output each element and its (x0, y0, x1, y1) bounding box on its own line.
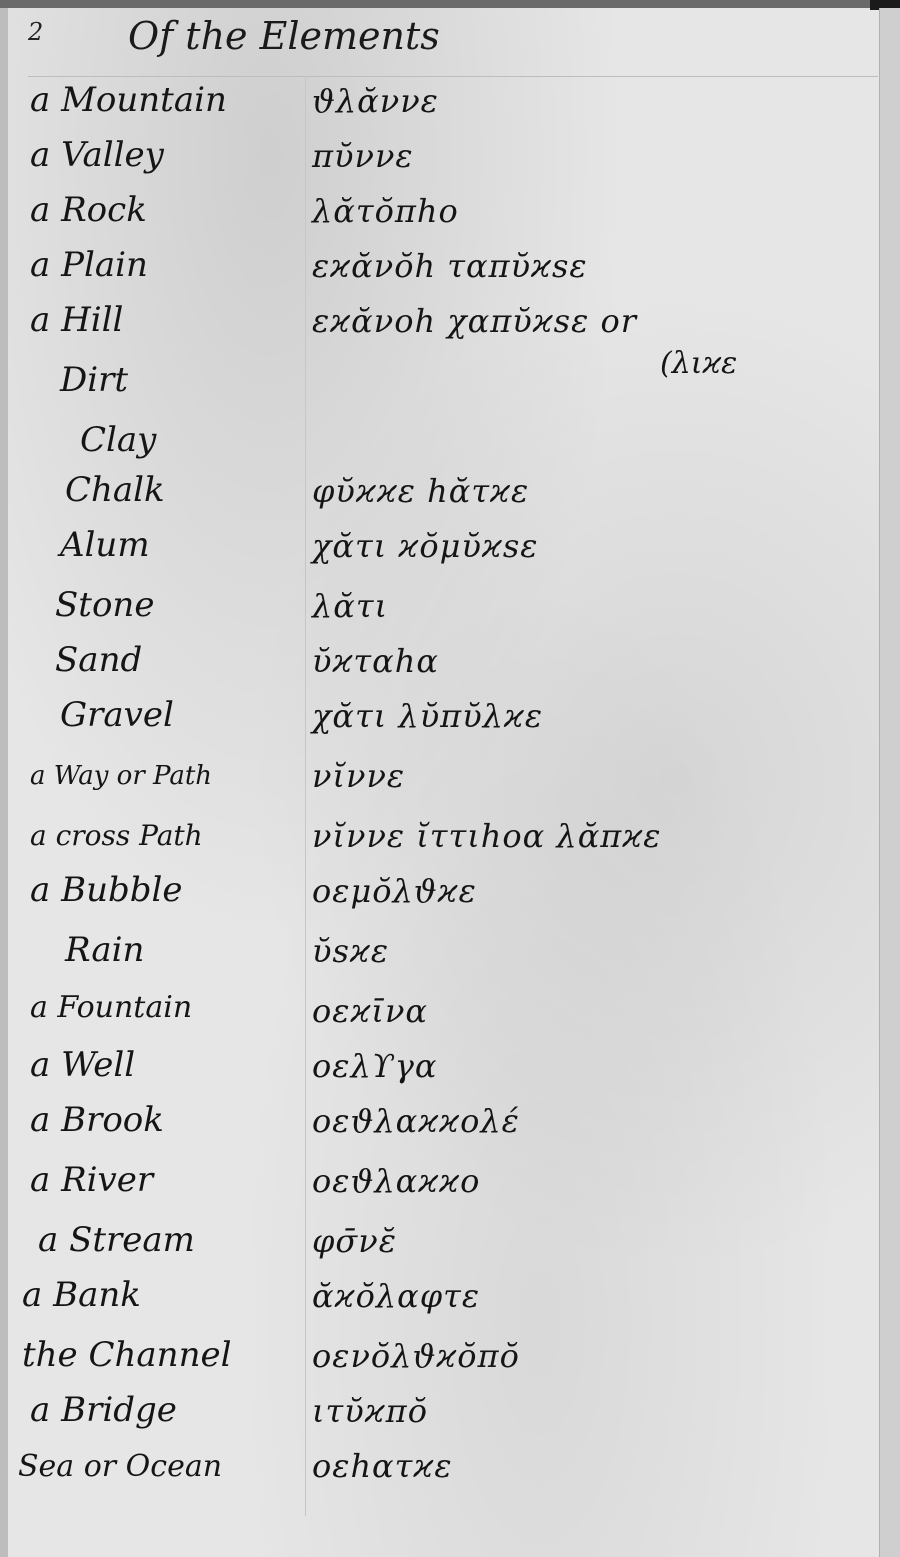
native-term: φῠϰϰε hᾰτϰε (312, 472, 529, 510)
english-term: a Plain (30, 245, 305, 285)
english-term: a River (30, 1160, 305, 1200)
english-term: Stone (55, 585, 330, 625)
list-item: a Hill εϰᾰνoh χαπῠϰsε or (λιϰε (0, 300, 880, 356)
native-term: πῠννε (312, 137, 414, 175)
list-item: a cross Path νῐννε ῐττιhoα λᾰπϰε (0, 815, 880, 871)
english-term: Sea or Ocean (18, 1449, 293, 1484)
heading-rule (28, 76, 878, 77)
english-term: a Way or Path (30, 761, 305, 791)
page-heading: Of the Elements (128, 14, 440, 58)
list-item: Sea or Ocean οεhατϰε (0, 1445, 880, 1501)
list-item: Sand ῠϰταhα (0, 640, 880, 696)
list-item: Stone λᾰτι (0, 585, 880, 641)
english-term: the Channel (22, 1335, 297, 1375)
page-top-shadow (0, 0, 900, 8)
native-term: οεϑλαϰϰολέ (312, 1102, 520, 1140)
page-right-edge (879, 8, 900, 1557)
native-term: εϰᾰνoh χαπῠϰsε or (312, 302, 637, 340)
native-term: οελϒγα (312, 1047, 437, 1085)
list-item: a Stream φσ̄νε̆ (0, 1220, 880, 1276)
english-term: a Brook (30, 1100, 305, 1140)
list-item: a Way or Path νῐννε (0, 755, 880, 811)
native-term: ϑλᾰννε (312, 82, 439, 120)
native-term: οεμŏλϑϰε (312, 872, 477, 910)
english-term: a Fountain (30, 990, 305, 1025)
native-term: οεhατϰε (312, 1447, 452, 1485)
english-term: a Mountain (30, 80, 305, 120)
english-term: Alum (60, 525, 335, 565)
native-term: ῠϰταhα (312, 642, 439, 680)
list-item: a Plain εϰᾰνŏh ταπῠϰsε (0, 245, 880, 301)
list-item: a River οεϑλαϰϰο (0, 1160, 880, 1216)
native-term: ῠsϰε (312, 932, 389, 970)
native-term: εϰᾰνŏh ταπῠϰsε (312, 247, 588, 285)
english-term: a Rock (30, 190, 305, 230)
native-term: οενŏλϑϰŏπŏ (312, 1337, 520, 1375)
list-item: Clay (0, 420, 880, 476)
list-item: Rain ῠsϰε (0, 930, 880, 986)
english-term: Sand (55, 640, 330, 680)
native-term: οεϑλαϰϰο (312, 1162, 480, 1200)
native-term: χᾰτι λῠπῠλϰε (312, 697, 543, 735)
list-item: Alum χᾰτι ϰŏμῠϰsε (0, 525, 880, 581)
english-term: a Stream (38, 1220, 313, 1260)
list-item: Gravel χᾰτι λῠπῠλϰε (0, 695, 880, 751)
native-term: φσ̄νε̆ (312, 1222, 397, 1260)
list-item: Chalk φῠϰϰε hᾰτϰε (0, 470, 880, 526)
native-term: νῐννε (312, 757, 405, 795)
list-item: a Brook οεϑλαϰϰολέ (0, 1100, 880, 1156)
list-item: Dirt (0, 360, 880, 416)
native-term: ᾰϰŏλαφτε (312, 1277, 480, 1315)
list-item: a Valley πῠννε (0, 135, 880, 191)
english-term: Gravel (60, 695, 335, 735)
native-term: λᾰτŏπho (312, 192, 459, 230)
list-item: a Bubble οεμŏλϑϰε (0, 870, 880, 926)
native-term: χᾰτι ϰŏμῠϰsε (312, 527, 538, 565)
english-term: Dirt (60, 360, 335, 400)
list-item: a Well οελϒγα (0, 1045, 880, 1101)
list-item: the Channel οενŏλϑϰŏπŏ (0, 1335, 880, 1391)
page-number: 2 (28, 18, 43, 46)
english-term: a Valley (30, 135, 305, 175)
english-term: a Bridge (30, 1390, 305, 1430)
english-term: Chalk (65, 470, 340, 510)
list-item: a Bank ᾰϰŏλαφτε (0, 1275, 880, 1331)
list-item: a Fountain οεϰῑνα (0, 990, 880, 1046)
native-term: οεϰῑνα (312, 992, 428, 1030)
english-term: a Hill (30, 300, 305, 340)
native-term: λᾰτι (312, 587, 388, 625)
english-term: a Well (30, 1045, 305, 1085)
english-term: a Bank (22, 1275, 297, 1315)
list-item: a Mountain ϑλᾰννε (0, 80, 880, 136)
native-term: ιτῠϰπŏ (312, 1392, 428, 1430)
english-term: Clay (80, 420, 355, 460)
list-item: a Rock λᾰτŏπho (0, 190, 880, 246)
manuscript-page: 2 Of the Elements a Mountain ϑλᾰννε a Va… (0, 0, 900, 1557)
english-term: a cross Path (30, 819, 305, 852)
list-item: a Bridge ιτῠϰπŏ (0, 1390, 880, 1446)
english-term: Rain (65, 930, 340, 970)
native-term: νῐννε ῐττιhoα λᾰπϰε (312, 817, 661, 855)
english-term: a Bubble (30, 870, 305, 910)
